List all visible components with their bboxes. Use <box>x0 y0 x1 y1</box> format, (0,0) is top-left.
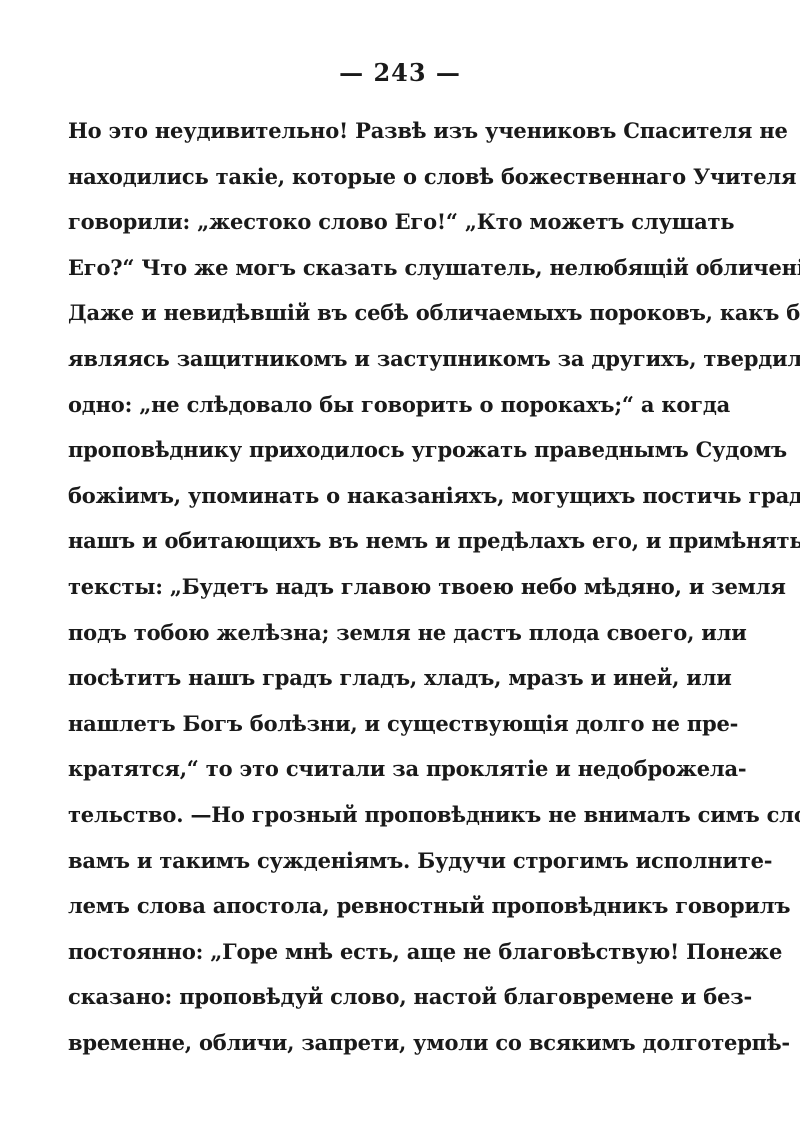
text-line: Его?“ Что же могъ сказать слушатель, нел… <box>68 245 724 291</box>
text-line: кратятся,“ то это считали за проклятіе и… <box>68 746 724 792</box>
document-page: — 243 — Но это неудивительно! Развѣ изъ … <box>0 0 800 1121</box>
text-line: вамъ и такимъ сужденіямъ. Будучи строгим… <box>68 838 724 884</box>
page-number: — 243 — <box>0 58 800 87</box>
text-line: тексты: „Будетъ надъ главою твоею небо м… <box>68 564 724 610</box>
text-line: Но это неудивительно! Развѣ изъ учеников… <box>68 108 724 154</box>
body-text: Но это неудивительно! Развѣ изъ учеников… <box>68 108 724 1065</box>
text-line: посѣтитъ нашъ градъ гладъ, хладъ, мразъ … <box>68 655 724 701</box>
text-line: тельство. —Но грозный проповѣдникъ не вн… <box>68 792 724 838</box>
text-line: божіимъ, упоминать о наказаніяхъ, могущи… <box>68 473 724 519</box>
text-line: подъ тобою желѣзна; земля не дастъ плода… <box>68 610 724 656</box>
text-line: находились такіе, которые о словѣ божест… <box>68 154 724 200</box>
text-line: одно: „не слѣдовало бы говорить о порока… <box>68 382 724 428</box>
text-line: нашъ и обитающихъ въ немъ и предѣлахъ ег… <box>68 518 724 564</box>
text-line: говорили: „жестоко слово Его!“ „Кто може… <box>68 199 724 245</box>
text-line: проповѣднику приходилось угрожать правед… <box>68 427 724 473</box>
text-line: Даже и невидѣвшій въ себѣ обличаемыхъ по… <box>68 290 724 336</box>
text-line: являясь защитникомъ и заступникомъ за др… <box>68 336 724 382</box>
text-line: лемъ слова апостола, ревностный проповѣд… <box>68 883 724 929</box>
text-line: постоянно: „Горе мнѣ есть, аще не благов… <box>68 929 724 975</box>
text-line: временне, обличи, запрети, умоли со всяк… <box>68 1020 724 1066</box>
text-line: нашлетъ Богъ болѣзни, и существующія дол… <box>68 701 724 747</box>
text-line: сказано: проповѣдуй слово, настой благов… <box>68 974 724 1020</box>
